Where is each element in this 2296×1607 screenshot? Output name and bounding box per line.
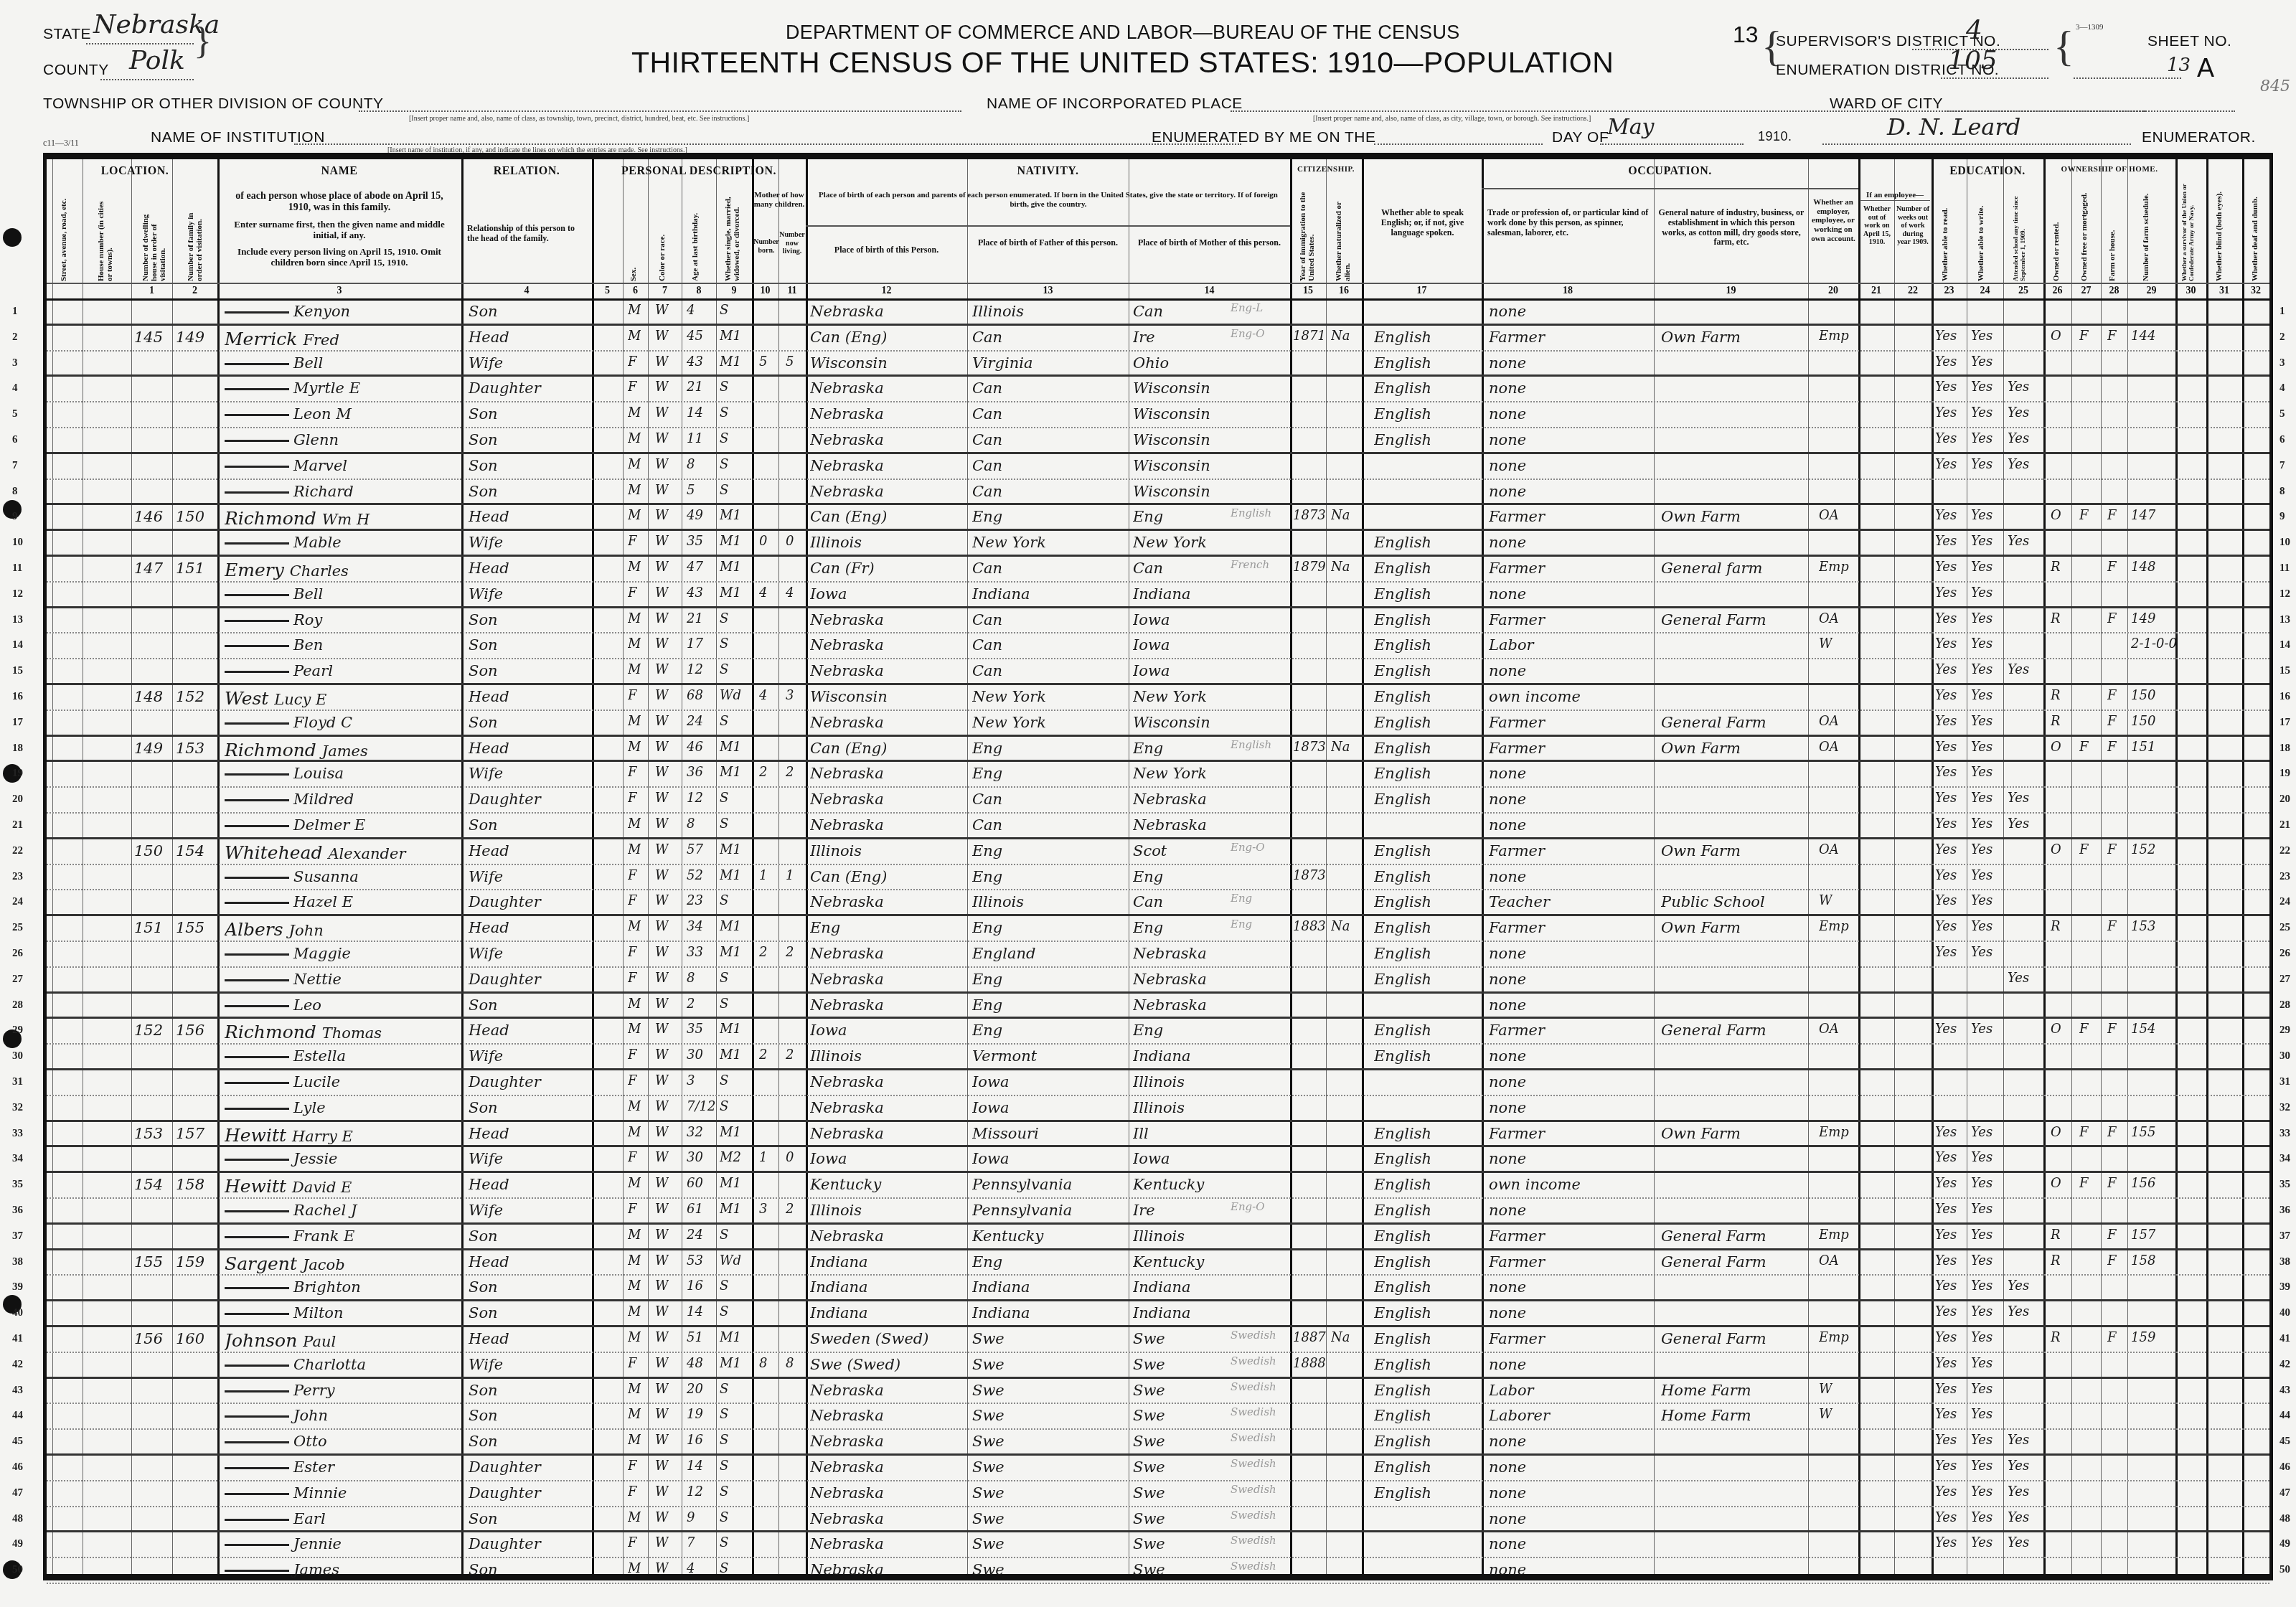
can-write: Yes (1971, 662, 1992, 677)
can-read: Yes (1935, 457, 1957, 472)
person-name: Maggie (225, 945, 458, 962)
line-number: 7 (2279, 460, 2285, 472)
birthplace-person: Can (Fr) (810, 560, 954, 577)
line-number-left: 43 (12, 1385, 23, 1397)
table-row: Whitehead AlexanderHead150154MW57M1Illin… (47, 839, 2269, 865)
person-name: Richmond Wm H (225, 508, 458, 529)
industry: Own Farm (1661, 329, 1805, 346)
marital-status: S (720, 1073, 728, 1088)
birthplace-mother: Kentucky (1133, 1176, 1276, 1193)
column-number: 11 (778, 286, 806, 297)
can-write: Yes (1971, 919, 1992, 934)
occupation-trade: none (1489, 1150, 1632, 1167)
line-number: 19 (2279, 768, 2290, 780)
line-number-left: 34 (12, 1153, 23, 1165)
person-name: Hewitt Harry E (225, 1125, 458, 1146)
mother-tongue-note: Swedish (1231, 1534, 1276, 1547)
employment-class: Emp (1819, 1125, 1849, 1140)
sex: M (628, 1304, 641, 1319)
industry: General farm (1661, 560, 1805, 577)
occupation-trade: none (1489, 1356, 1632, 1373)
birthplace-person: Indiana (810, 1278, 954, 1296)
relation: Head (469, 1176, 587, 1193)
industry: Own Farm (1661, 842, 1805, 859)
free-or-mortgaged: F (2079, 842, 2089, 857)
can-read: Yes (1935, 1382, 1957, 1397)
industry: General Farm (1661, 1330, 1805, 1347)
relation: Wife (469, 1150, 587, 1167)
farm-schedule-number: 159 (2131, 1330, 2155, 1345)
family-number: 153 (176, 740, 204, 757)
group-name: NAME (217, 165, 461, 178)
column-number: 23 (1932, 286, 1967, 297)
occupation-trade: none (1489, 534, 1632, 551)
sex: F (628, 971, 637, 986)
race: W (655, 1047, 669, 1062)
line-number-left: 5 (12, 408, 18, 420)
can-read: Yes (1935, 405, 1957, 420)
age: 61 (687, 1202, 703, 1217)
age: 20 (687, 1382, 703, 1397)
occupation-trade: none (1489, 1278, 1632, 1296)
farm-schedule-number: 157 (2131, 1227, 2155, 1243)
person-name: Nettie (225, 971, 458, 988)
birthplace-person: Nebraska (810, 662, 954, 679)
person-name: Kenyon (225, 303, 458, 320)
form-code: c11—3/11 (43, 138, 79, 149)
column-number: 8 (682, 286, 716, 297)
margin-note: 845 (2260, 77, 2290, 95)
birthplace-person: Nebraska (810, 1227, 954, 1245)
birthplace-father: Swe (972, 1561, 1116, 1578)
can-read: Yes (1935, 1510, 1957, 1525)
col-immigration: Year of immigration to the United States… (1299, 191, 1316, 281)
race: W (655, 971, 669, 986)
birthplace-person: Illinois (810, 1202, 954, 1219)
birthplace-father: Can (972, 457, 1116, 474)
sex: M (628, 919, 641, 934)
owned-or-rented: R (2051, 714, 2061, 729)
can-write: Yes (1971, 1535, 1992, 1550)
table-row: Frank ESonMW24SNebraskaKentuckyIllinoisE… (47, 1225, 2269, 1250)
age: 19 (687, 1407, 703, 1422)
line-number-left: 41 (12, 1333, 23, 1345)
birthplace-mother: Nebraska (1133, 971, 1276, 988)
age: 12 (687, 662, 703, 677)
line-number-left: 45 (12, 1436, 23, 1448)
can-write: Yes (1971, 868, 1992, 883)
age: 68 (687, 688, 703, 703)
relation: Head (469, 740, 587, 757)
person-name: Leon M (225, 405, 458, 423)
employment-class: W (1819, 1407, 1832, 1422)
can-write: Yes (1971, 1125, 1992, 1140)
person-name: Pearl (225, 662, 458, 679)
relation: Head (469, 560, 587, 577)
can-write: Yes (1971, 1202, 1992, 1217)
industry: General Farm (1661, 611, 1805, 628)
farm-schedule-number: 148 (2131, 560, 2155, 575)
birthplace-mother: Eng (1133, 919, 1276, 936)
can-write: Yes (1971, 1150, 1992, 1165)
person-name: Glenn (225, 431, 458, 448)
census-sheet: STATE Nebraska COUNTY Polk } TOWNSHIP OR… (0, 0, 2296, 1607)
owned-or-rented: O (2051, 842, 2061, 857)
census-table: LOCATION. NAME RELATION. PERSONAL DESCRI… (43, 153, 2273, 1580)
sex: F (628, 791, 637, 806)
table-row: GlennSonMW11SNebraskaCanWisconsinEnglish… (47, 428, 2269, 454)
age: 21 (687, 611, 703, 626)
sex: F (628, 688, 637, 703)
occupation-trade: none (1489, 457, 1632, 474)
line-number-left: 20 (12, 793, 23, 806)
birthplace-mother: Wisconsin (1133, 431, 1276, 448)
race: W (655, 354, 669, 369)
birthplace-person: Nebraska (810, 1535, 954, 1552)
group-ownership: OWNERSHIP OF HOME. (2043, 165, 2175, 174)
mother-tongue-note: Swedish (1231, 1329, 1276, 1342)
dwelling-number: 147 (134, 560, 163, 577)
sex: M (628, 1022, 641, 1037)
birthplace-person: Nebraska (810, 971, 954, 988)
occupation-trade: none (1489, 1202, 1632, 1219)
naturalization-status: Na (1331, 329, 1350, 344)
birthplace-person: Nebraska (810, 405, 954, 423)
occupation-trade: Teacher (1489, 893, 1632, 910)
occupation-trade: own income (1489, 688, 1632, 705)
race: W (655, 740, 669, 755)
race: W (655, 329, 669, 344)
age: 16 (687, 1278, 703, 1293)
employment-class: Emp (1819, 1330, 1849, 1345)
county-label: COUNTY (43, 62, 109, 79)
occupation-trade: none (1489, 1073, 1632, 1090)
can-read: Yes (1935, 329, 1957, 344)
can-write: Yes (1971, 1304, 1992, 1319)
industry: General Farm (1661, 714, 1805, 731)
person-name: Earl (225, 1510, 458, 1527)
birthplace-person: Nebraska (810, 1561, 954, 1578)
attended-school: Yes (2008, 791, 2029, 806)
table-row: LeoSonMW2SNebraskaEngNebraskanone2828 (47, 994, 2269, 1019)
column-number: 9 (716, 286, 752, 297)
attended-school: Yes (2008, 1278, 2029, 1293)
industry: Own Farm (1661, 508, 1805, 525)
farm-schedule-number: 150 (2131, 688, 2155, 703)
children-born: 0 (759, 534, 767, 549)
month-value: May (1607, 115, 1655, 140)
marital-status: M1 (720, 1356, 741, 1371)
free-or-mortgaged: F (2079, 1125, 2089, 1140)
can-write: Yes (1971, 1356, 1992, 1371)
immigration-year: 1883 (1293, 919, 1326, 934)
family-number: 157 (176, 1125, 204, 1142)
attended-school: Yes (2008, 1535, 2029, 1550)
binder-hole (3, 228, 22, 247)
can-write: Yes (1971, 688, 1992, 703)
person-name: Johnson Paul (225, 1330, 458, 1351)
race: W (655, 945, 669, 960)
incorporated-place-instruction: [Insert proper name and, also, name of c… (1313, 115, 1591, 123)
birthplace-person: Nebraska (810, 714, 954, 731)
line-number-left: 3 (12, 357, 18, 369)
col-dwelling: Number of dwelling house in order of vis… (141, 195, 167, 281)
farm-or-house: F (2107, 842, 2117, 857)
line-number: 25 (2279, 922, 2290, 934)
can-write: Yes (1971, 714, 1992, 729)
can-read: Yes (1935, 1022, 1957, 1037)
column-number: 7 (648, 286, 682, 297)
age: 7 (687, 1535, 695, 1550)
age: 5 (687, 483, 695, 498)
sheet-number-value: 13 (2167, 55, 2191, 76)
can-read: Yes (1935, 1227, 1957, 1243)
relation: Son (469, 1227, 587, 1245)
line-number: 15 (2279, 665, 2290, 677)
marital-status: S (720, 662, 728, 677)
relation: Son (469, 1561, 587, 1578)
occupation-trade: none (1489, 945, 1632, 962)
table-row: Richmond ThomasHead152156MW35M1IowaEngEn… (47, 1019, 2269, 1045)
can-write: Yes (1971, 636, 1992, 651)
department-heading: DEPARTMENT OF COMMERCE AND LABOR—BUREAU … (786, 22, 1460, 44)
children-living: 2 (786, 1202, 794, 1217)
age: 45 (687, 329, 703, 344)
mother-tongue-note: Eng (1231, 892, 1252, 905)
birthplace-person: Nebraska (810, 1407, 954, 1424)
can-write: Yes (1971, 457, 1992, 472)
table-row: Rachel JWifeFW61M132IllinoisPennsylvania… (47, 1199, 2269, 1225)
race: W (655, 1125, 669, 1140)
table-row: EsterDaughterFW14SNebraskaSweSweEnglishn… (47, 1456, 2269, 1481)
birthplace-father: Can (972, 662, 1116, 679)
line-number: 39 (2279, 1281, 2290, 1293)
birthplace-father: Can (972, 483, 1116, 500)
marital-status: M1 (720, 765, 741, 780)
line-number: 33 (2279, 1128, 2290, 1140)
occupation-trade: none (1489, 1561, 1632, 1578)
birthplace-mother: Illinois (1133, 1073, 1276, 1090)
col-blind: Whether blind (both eyes). (2215, 162, 2224, 281)
marital-status: S (720, 1510, 728, 1525)
relation: Son (469, 1099, 587, 1116)
sex: M (628, 483, 641, 498)
line-number-left: 14 (12, 639, 23, 651)
birthplace-father: Eng (972, 971, 1116, 988)
race: W (655, 1176, 669, 1191)
line-number-left: 17 (12, 717, 23, 729)
sex: M (628, 816, 641, 831)
table-row: Floyd CSonMW24SNebraskaNew YorkWisconsin… (47, 711, 2269, 737)
table-row: LyleSonMW7/12SNebraskaIowaIllinoisnone32… (47, 1096, 2269, 1122)
occupation-trade: none (1489, 1099, 1632, 1116)
relation: Son (469, 1304, 587, 1321)
children-born: 2 (759, 1047, 767, 1062)
column-number: 22 (1894, 286, 1932, 297)
birthplace-person: Nebraska (810, 893, 954, 910)
mother-tongue-note: Swedish (1231, 1380, 1276, 1393)
birthplace-person: Can (Eng) (810, 508, 954, 525)
age: 4 (687, 1561, 695, 1576)
can-read: Yes (1935, 816, 1957, 831)
census-rows: KenyonSonMW4SNebraskaIllinoisCannoneEng-… (47, 300, 2269, 1574)
race: W (655, 1022, 669, 1037)
birthplace-mother: New York (1133, 765, 1276, 782)
line-number: 44 (2279, 1410, 2290, 1422)
marital-status: S (720, 791, 728, 806)
attended-school: Yes (2008, 534, 2029, 549)
birthplace-father: Swe (972, 1330, 1116, 1347)
table-row: Hewitt Harry EHead153157MW32M1NebraskaMi… (47, 1122, 2269, 1148)
group-nativity: NATIVITY. (806, 165, 1290, 178)
column-number: 10 (752, 286, 778, 297)
line-number: 12 (2279, 588, 2290, 600)
attended-school: Yes (2008, 1458, 2029, 1474)
sex: F (628, 354, 637, 369)
birthplace-mother: Illinois (1133, 1099, 1276, 1116)
col-naturalized: Whether naturalized or alien. (1335, 191, 1352, 281)
table-row: OttoSonMW16SNebraskaSweSweEnglishnoneYes… (47, 1430, 2269, 1456)
column-number: 19 (1654, 286, 1808, 297)
col-industry: General nature of industry, business, or… (1658, 208, 1805, 248)
line-number: 27 (2279, 974, 2290, 986)
birthplace-mother: Eng (1133, 868, 1276, 885)
person-name: Richard (225, 483, 458, 500)
occupation-trade: none (1489, 1484, 1632, 1502)
can-write: Yes (1971, 431, 1992, 446)
dwelling-number: 152 (134, 1022, 163, 1039)
marital-status: S (720, 636, 728, 651)
age: 49 (687, 508, 703, 523)
marital-status: M1 (720, 1125, 741, 1140)
occupation-trade: Labor (1489, 1382, 1632, 1399)
race: W (655, 1484, 669, 1499)
birthplace-father: Swe (972, 1484, 1116, 1502)
can-write: Yes (1971, 1278, 1992, 1293)
col-employer: Whether an employer, employee, or workin… (1810, 198, 1857, 243)
birthplace-person: Wisconsin (810, 688, 954, 705)
occupation-trade: none (1489, 483, 1632, 500)
line-number: 4 (2279, 382, 2285, 395)
marital-status: S (720, 1484, 728, 1499)
birthplace-person: Nebraska (810, 996, 954, 1014)
birthplace-father: Eng (972, 508, 1116, 525)
employment-class: OA (1819, 842, 1839, 857)
age: 21 (687, 380, 703, 395)
occupation-trade: none (1489, 1304, 1632, 1321)
sex: F (628, 534, 637, 549)
col-school: Attended school any time since September… (2013, 191, 2027, 281)
relation: Head (469, 919, 587, 936)
line-number: 36 (2279, 1205, 2290, 1217)
birthplace-person: Nebraska (810, 380, 954, 397)
occupation-trade: Farmer (1489, 560, 1632, 577)
table-row: MaggieWifeFW33M122NebraskaEnglandNebrask… (47, 942, 2269, 968)
line-number-left: 4 (12, 382, 18, 395)
race: W (655, 1253, 669, 1268)
group-location: LOCATION. (52, 165, 217, 178)
mother-tongue-note: Swedish (1231, 1483, 1276, 1496)
owned-or-rented: R (2051, 611, 2061, 626)
immigration-year: 1873 (1293, 740, 1326, 755)
sex: M (628, 329, 641, 344)
race: W (655, 457, 669, 472)
table-row: Johnson PaulHead156160MW51M1Sweden (Swed… (47, 1327, 2269, 1353)
line-number-left: 32 (12, 1102, 23, 1114)
birthplace-mother: Nebraska (1133, 791, 1276, 808)
children-born: 4 (759, 688, 767, 703)
can-write: Yes (1971, 380, 1992, 395)
birthplace-person: Nebraska (810, 791, 954, 808)
sex: M (628, 611, 641, 626)
age: 43 (687, 354, 703, 369)
line-number-left: 35 (12, 1179, 23, 1191)
line-number: 30 (2279, 1050, 2290, 1062)
birthplace-father: Vermont (972, 1047, 1116, 1065)
can-read: Yes (1935, 380, 1957, 395)
sex: M (628, 1561, 641, 1576)
line-number: 50 (2279, 1564, 2290, 1576)
race: W (655, 611, 669, 626)
line-number-left: 49 (12, 1538, 23, 1550)
birthplace-mother: New York (1133, 688, 1276, 705)
can-read: Yes (1935, 1278, 1957, 1293)
line-number: 41 (2279, 1333, 2290, 1345)
owned-or-rented: O (2051, 740, 2061, 755)
age: 51 (687, 1330, 703, 1345)
table-row: BellWifeFW43M155WisconsinVirginiaOhioEng… (47, 352, 2269, 377)
birthplace-mother: Kentucky (1133, 1253, 1276, 1271)
table-row: Merrick FredHead145149MW45M1Can (Eng)Can… (47, 326, 2269, 352)
birthplace-person: Nebraska (810, 636, 954, 654)
birthplace-person: Nebraska (810, 945, 954, 962)
table-row: PearlSonMW12SNebraskaCanIowaEnglishnoneY… (47, 659, 2269, 685)
sex: M (628, 303, 641, 318)
race: W (655, 303, 669, 318)
birthplace-father: Swe (972, 1458, 1116, 1476)
relation: Wife (469, 868, 587, 885)
race: W (655, 1458, 669, 1474)
race: W (655, 996, 669, 1012)
relation: Son (469, 457, 587, 474)
table-row: BenSonMW17SNebraskaCanIowaEnglishLaborWY… (47, 633, 2269, 659)
occupation-trade: Farmer (1489, 842, 1632, 859)
sheet-label: SHEET NO. (2147, 33, 2231, 50)
farm-or-house: F (2107, 688, 2117, 703)
relation: Head (469, 842, 587, 859)
line-number: 9 (2279, 511, 2285, 523)
birthplace-mother: Nebraska (1133, 996, 1276, 1014)
occupation-trade: none (1489, 971, 1632, 988)
person-name: Leo (225, 996, 458, 1014)
race: W (655, 1407, 669, 1422)
age: 53 (687, 1253, 703, 1268)
immigration-year: 1888 (1293, 1356, 1326, 1371)
line-number: 22 (2279, 845, 2290, 857)
column-number: 3 (217, 286, 461, 297)
birthplace-person: Nebraska (810, 611, 954, 628)
age: 34 (687, 919, 703, 934)
table-row: PerrySonMW20SNebraskaSweSweEnglishLaborH… (47, 1379, 2269, 1405)
marital-status: S (720, 714, 728, 729)
line-number: 23 (2279, 871, 2290, 883)
employment-class: OA (1819, 1022, 1839, 1037)
table-row: SusannaWifeFW52M111Can (Eng)EngEng1873En… (47, 865, 2269, 891)
owned-or-rented: O (2051, 1125, 2061, 1140)
line-number-left: 39 (12, 1281, 23, 1293)
occupation-trade: none (1489, 1535, 1632, 1552)
relation: Daughter (469, 971, 587, 988)
